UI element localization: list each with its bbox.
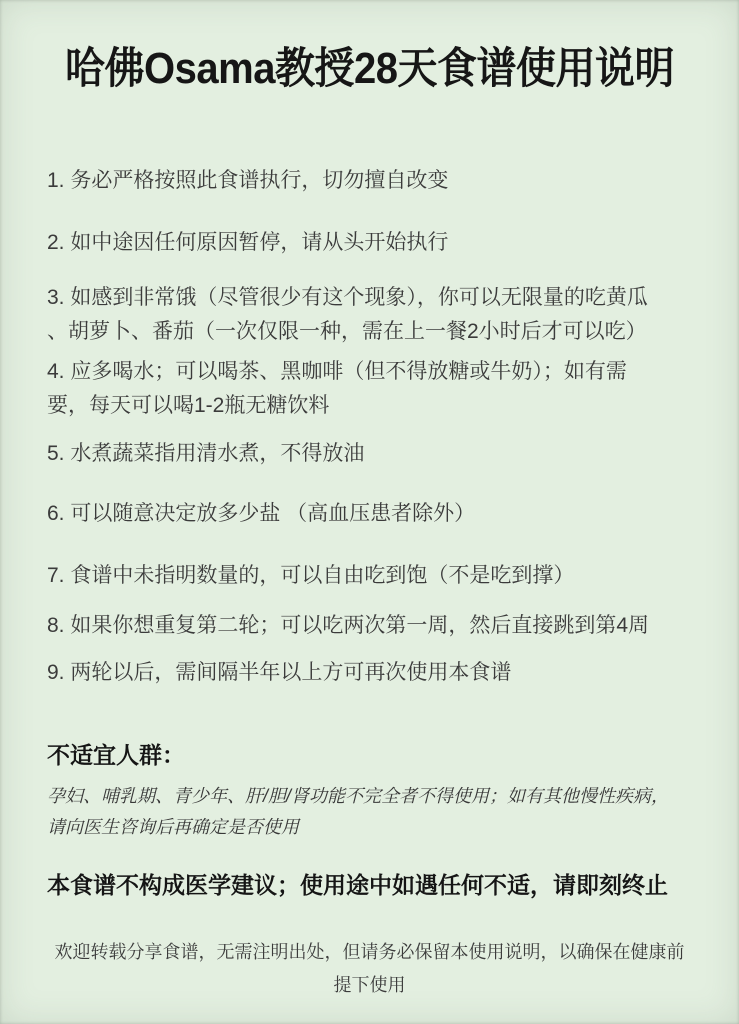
instruction-item-5: 5. 水煮蔬菜指用清水煮，不得放油 bbox=[47, 437, 692, 471]
instruction-item-2: 2. 如中途因任何原因暂停，请从头开始执行 bbox=[47, 226, 692, 260]
instruction-item-8: 8. 如果你想重复第二轮；可以吃两次第一周，然后直接跳到第4周 bbox=[47, 609, 692, 643]
instruction-item-1: 1. 务必严格按照此食谱执行，切勿擅自改变 bbox=[47, 164, 692, 198]
footer-share-note: 欢迎转载分享食谱，无需注明出处，但请务必保留本使用说明，以确保在健康前 提下使用 bbox=[47, 936, 692, 1003]
instruction-item-7: 7. 食谱中未指明数量的，可以自由吃到饱（不是吃到撑） bbox=[47, 559, 692, 593]
instruction-item-9: 9. 两轮以后，需间隔半年以上方可再次使用本食谱 bbox=[47, 656, 692, 690]
unsuitable-groups-heading: 不适宜人群： bbox=[47, 738, 692, 773]
instruction-item-6: 6. 可以随意决定放多少盐 （高血压患者除外） bbox=[47, 497, 692, 531]
diet-instructions-poster: 哈佛Osama教授28天食谱使用说明 1. 务必严格按照此食谱执行，切勿擅自改变… bbox=[0, 0, 739, 1024]
unsuitable-groups-body: 孕妇、哺乳期、青少年、肝/胆/肾功能不完全者不得使用；如有其他慢性疾病， 请向医… bbox=[47, 781, 692, 844]
instruction-list: 1. 务必严格按照此食谱执行，切勿擅自改变 2. 如中途因任何原因暂停，请从头开… bbox=[47, 164, 692, 690]
unsuitable-groups-section: 不适宜人群： 孕妇、哺乳期、青少年、肝/胆/肾功能不完全者不得使用；如有其他慢性… bbox=[47, 738, 692, 844]
page-title: 哈佛Osama教授28天食谱使用说明 bbox=[47, 42, 692, 96]
medical-disclaimer: 本食谱不构成医学建议；使用途中如遇任何不适，请即刻终止 bbox=[47, 868, 692, 903]
instruction-item-4: 4. 应多喝水；可以喝茶、黑咖啡（但不得放糖或牛奶）；如有需 要，每天可以喝1-… bbox=[47, 355, 692, 423]
instruction-item-3: 3. 如感到非常饿（尽管很少有这个现象），你可以无限量的吃黄瓜 、胡萝卜、番茄（… bbox=[47, 281, 692, 349]
